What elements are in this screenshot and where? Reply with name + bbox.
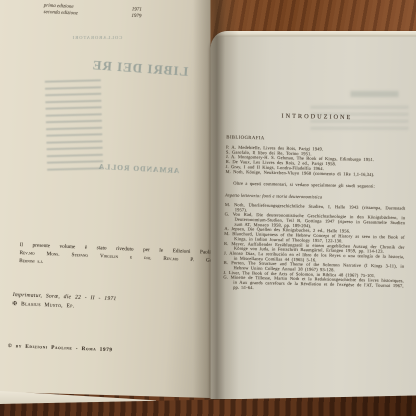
ghost-showthrough-editor: ARMANDO ROLLA [83, 162, 194, 176]
note-paragraph: Oltre a questi commentari, si vedano spe… [225, 181, 406, 190]
bibliography-entry: G. Minette de Tillesse, Martin Noth et l… [223, 275, 404, 293]
ghost-showthrough-name-list [45, 79, 103, 171]
imprimatur-block: Imprimatur, Soræ, die 22 - II - 1971 ✠ B… [12, 290, 116, 312]
subsection-heading: Aspetto letterario: fonti e storia deute… [225, 192, 406, 201]
edition-label: seconda edizione [43, 8, 78, 16]
left-page: prima edizione 1971 seconda edizione 197… [0, 0, 211, 401]
chapter-title: INTRODUZIONE [227, 111, 408, 122]
studies-list: M. Noth, Überlieferungsgeschichtliche St… [223, 202, 405, 293]
ghost-showthrough-series: COLLABORATORI [52, 35, 142, 40]
right-page: INTRODUZIONE BIBLIOGRAFIA P. A. Medebiel… [211, 31, 416, 399]
edition-year: 1979 [131, 12, 141, 19]
book-photo: prima edizione 1971 seconda edizione 197… [0, 0, 416, 416]
edition-block: prima edizione 1971 seconda edizione 197… [43, 2, 141, 19]
right-page-text: INTRODUZIONE BIBLIOGRAFIA P. A. Medebiel… [223, 31, 409, 294]
copyright-line: © by Edizioni Paoline - Roma 1979 [8, 343, 113, 353]
commentaries-list: P. A. Medebielle, Livres des Rois, Parig… [226, 145, 407, 178]
ghost-showthrough-title: LIBRI DEI RE [84, 57, 197, 80]
revision-statement: Il presente volume è stato riveduto per … [19, 241, 210, 273]
bibliography-heading: BIBLIOGRAFIA [226, 135, 407, 144]
